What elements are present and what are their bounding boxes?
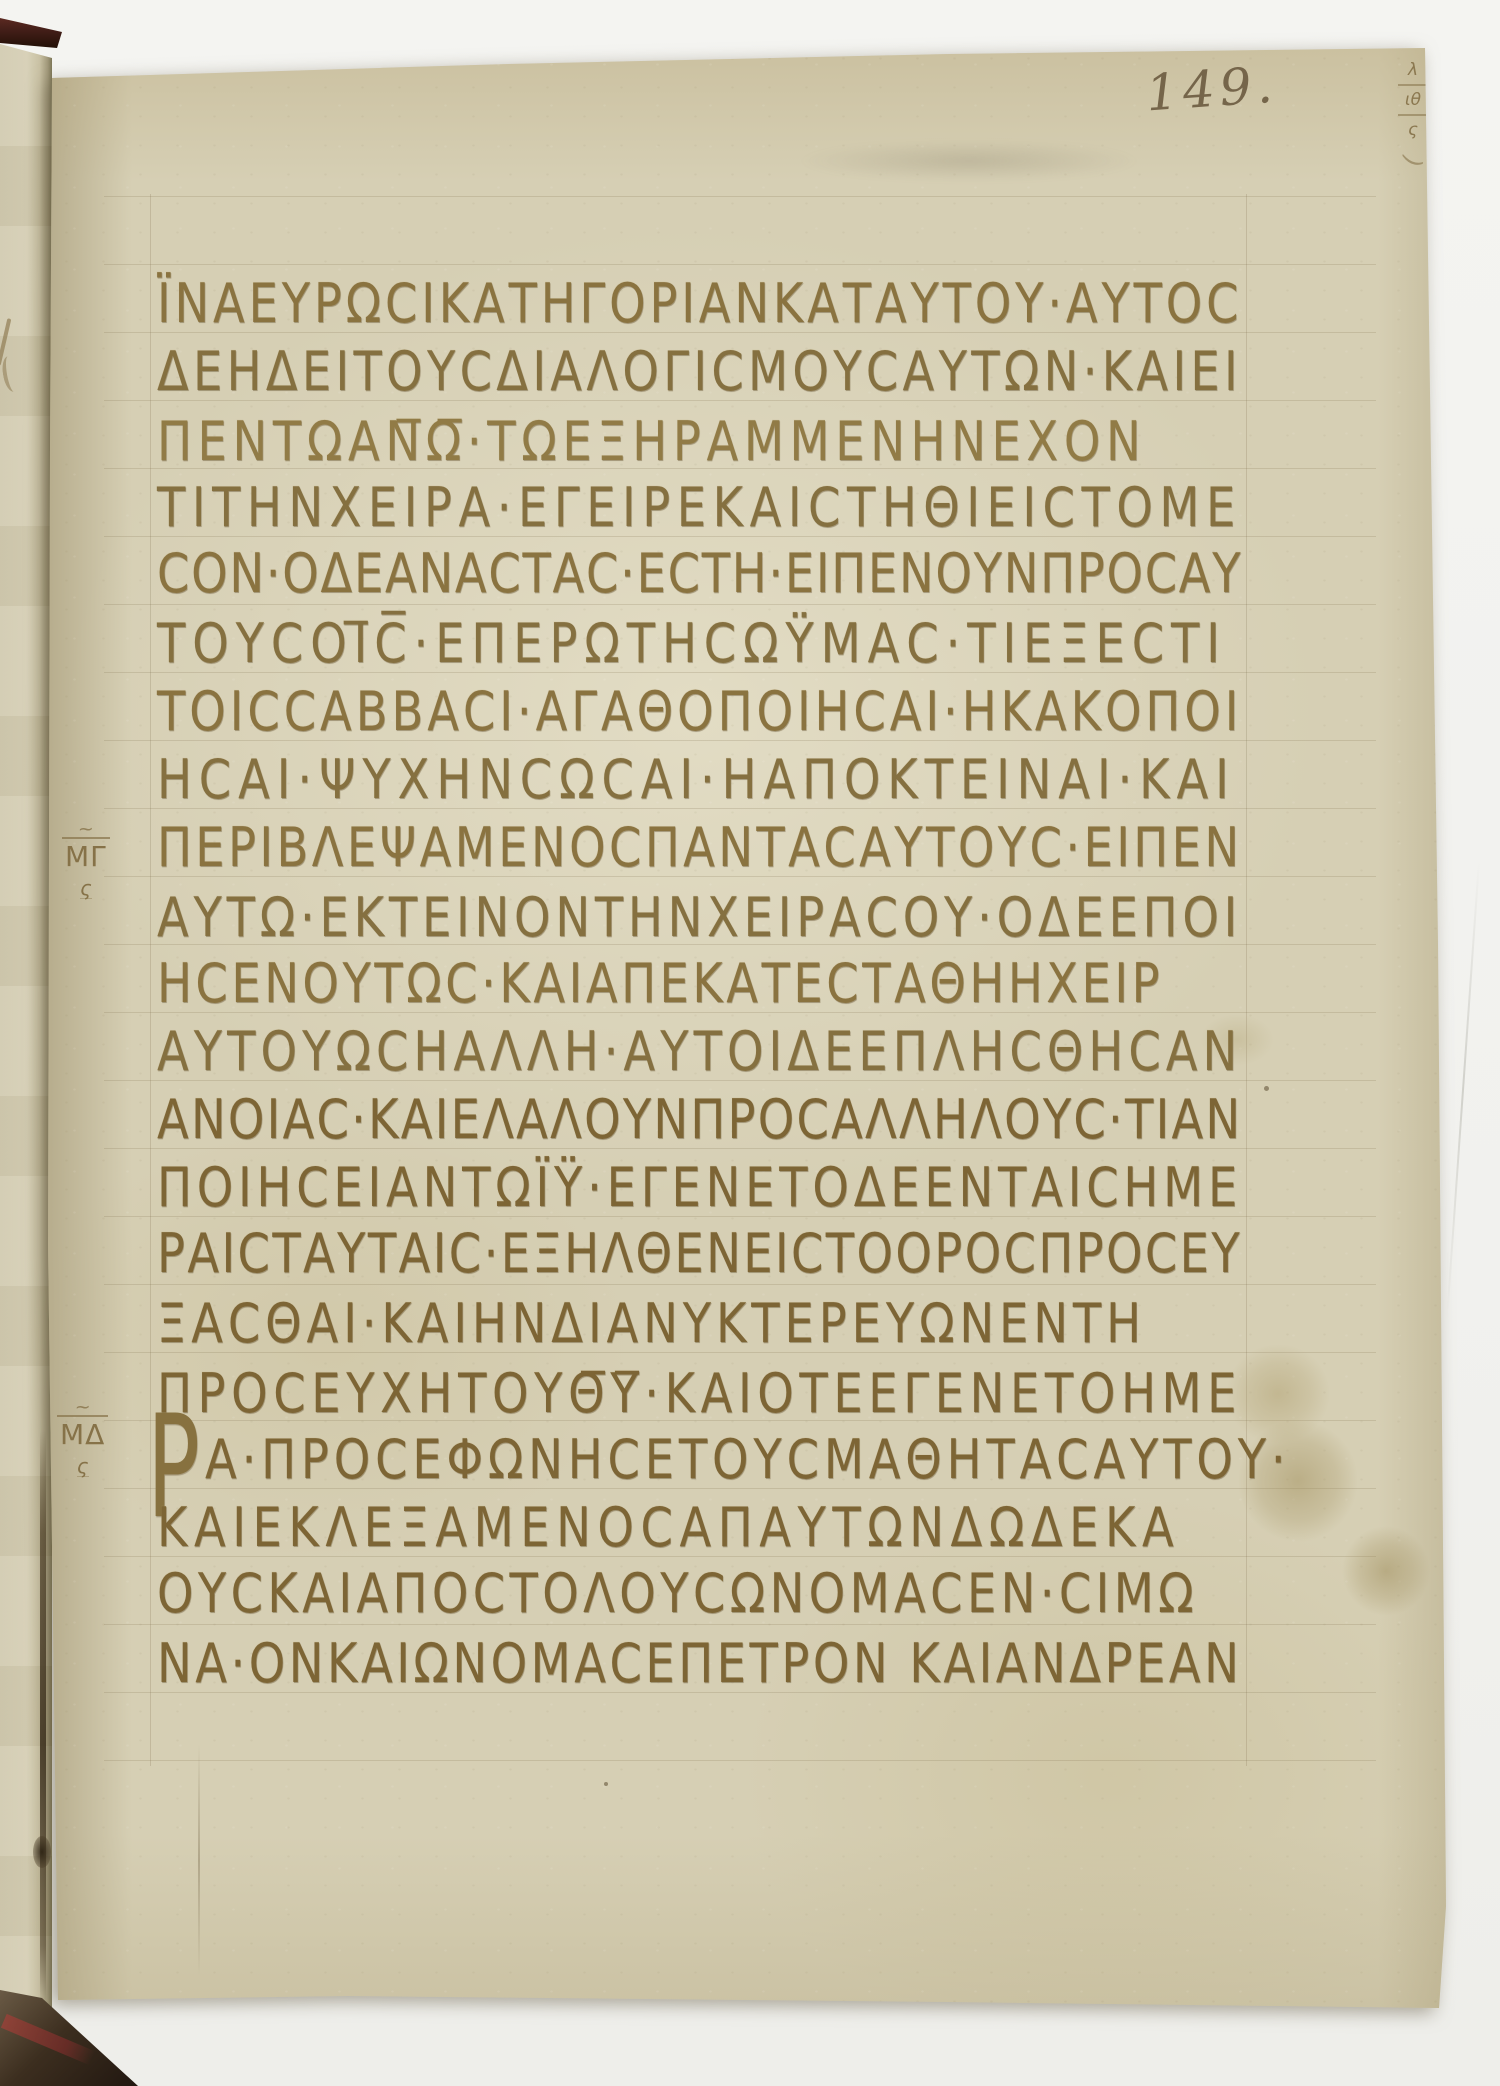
mark-divider — [1398, 84, 1428, 86]
corner-quire-marks: λιθς) — [1388, 60, 1438, 176]
line-text: ΗCΕΝΟΥΤΩC·ΚΑΙΑΠΕΚΑΤΕCΤΑΘΗΗΧΕΙΡ — [157, 950, 1163, 1018]
show-through-smudge — [746, 134, 1192, 188]
ink-speck — [604, 1782, 608, 1786]
manuscript-line: ΟΥCΚΑΙΑΠΟCΤΟΛΟΥCΩΝΟΜΑCΕΝ·CΙΜΩ — [157, 1560, 1353, 1628]
manuscript-line: ΑΥΤΟΥΩCΗΑΛΛΗ·ΑΥΤΟΙΔΕΕΠΛΗCΘΗCΑΝ — [157, 1018, 1353, 1086]
manuscript-line: ΑΝΟΙΑC·ΚΑΙΕΛΑΛΟΥΝΠΡΟCΑΛΛΗΛΟΥC·ΤΙΑΝ — [157, 1086, 1353, 1154]
line-text: ΡΑΙCΤΑΥΤΑΙC·ΕΞΗΛΘΕΝΕΙCΤΟΟΡΟCΠΡΟCΕΥ — [157, 1220, 1242, 1288]
manuscript-text: ΪΝΑΕΥΡΩCΙΚΑΤΗΓΟΡΙΑΝΚΑΤΑΥΤΟΥ·ΑΥΤΟCΔΕΗΔΕΙΤ… — [157, 270, 1353, 1698]
line-text: ΤΟΥCΟΙ̅C̅·ΕΠΕΡΩΤΗCΩΫΜΑC·ΤΙΕΞΕCΤΙ — [157, 610, 1227, 678]
manuscript-line: ΤΟΥCΟΙ̅C̅·ΕΠΕΡΩΤΗCΩΫΜΑC·ΤΙΕΞΕCΤΙ — [157, 610, 1353, 678]
manuscript-line: ΑΥΤΩ·ΕΚΤΕΙΝΟΝΤΗΝΧΕΙΡΑCΟΥ·ΟΔΕΕΠΟΙ — [157, 884, 1353, 952]
quire-mark: ) — [1398, 155, 1427, 169]
manuscript-line: CΟΝ·ΟΔΕΑΝΑCΤΑC·ΕCΤΗ·ΕΙΠΕΝΟΥΝΠΡΟCΑΥ — [157, 540, 1353, 608]
line-text: ΝΑ·ΟΝΚΑΙΩΝΟΜΑCΕΠΕΤΡΟΝ ΚΑΙΑΝΔΡΕΑΝ — [157, 1630, 1242, 1698]
manuscript-line: ΡΑΙCΤΑΥΤΑΙC·ΕΞΗΛΘΕΝΕΙCΤΟΟΡΟCΠΡΟCΕΥ — [157, 1220, 1353, 1288]
manuscript-line: ΗCΕΝΟΥΤΩC·ΚΑΙΑΠΕΚΑΤΕCΤΑΘΗΗΧΕΙΡ — [157, 950, 1353, 1018]
ammonian-section-number: ΜΓ — [62, 837, 110, 873]
manuscript-line: ΤΙΤΗΝΧΕΙΡΑ·ΕΓΕΙΡΕΚΑΙCΤΗΘΙΕΙCΤΟΜΕ — [157, 474, 1353, 542]
line-text: ΟΥCΚΑΙΑΠΟCΤΟΛΟΥCΩΝΟΜΑCΕΝ·CΙΜΩ — [157, 1560, 1198, 1628]
line-text: ΑΥΤΩ·ΕΚΤΕΙΝΟΝΤΗΝΧΕΙΡΑCΟΥ·ΟΔΕΕΠΟΙ — [157, 884, 1242, 952]
line-text: ΗCΑΙ·ΨΥΧΗΝCΩCΑΙ·ΗΑΠΟΚΤΕΙΝΑΙ·ΚΑΙ — [157, 746, 1236, 814]
line-text: ΤΙΤΗΝΧΕΙΡΑ·ΕΓΕΙΡΕΚΑΙCΤΗΘΙΕΙCΤΟΜΕ — [157, 474, 1242, 542]
manuscript-line: ΠΕΡΙΒΛΕΨΑΜΕΝΟCΠΑΝΤΑCΑΥΤΟΥC·ΕΙΠΕΝ — [157, 814, 1353, 882]
manuscript-line: ΠΕΝΤΩΑΝ̅Ω̅·ΤΩΕΞΗΡΑΜΜΕΝΗΝΕΧΟΝ — [157, 408, 1353, 476]
manuscript-line: ΞΑCΘΑΙ·ΚΑΙΗΝΔΙΑΝΥΚΤΕΡΕΥΩΝΕΝΤΗ — [157, 1290, 1353, 1358]
manuscript-line: ΤΟΙCCΑΒΒΑCΙ·ΑΓΑΘΟΠΟΙΗCΑΙ·ΗΚΑΚΟΠΟΙ — [157, 678, 1353, 746]
line-text: ΑΝΟΙΑC·ΚΑΙΕΛΑΛΟΥΝΠΡΟCΑΛΛΗΛΟΥC·ΤΙΑΝ — [157, 1086, 1242, 1154]
manuscript-line: ΪΝΑΕΥΡΩCΙΚΑΤΗΓΟΡΙΑΝΚΑΤΑΥΤΟΥ·ΑΥΤΟC — [157, 270, 1353, 338]
ammonian-section-number: ΜΔ — [57, 1415, 108, 1451]
line-text: ΠΕΝΤΩΑΝ̅Ω̅·ΤΩΕΞΗΡΑΜΜΕΝΗΝΕΧΟΝ — [157, 408, 1146, 476]
quire-mark: λ — [1408, 60, 1418, 80]
eusebian-canon-number: ς — [77, 1456, 89, 1477]
manuscript-line: ΡΑ·ΠΡΟCΕΦΩΝΗCΕΤΟΥCΜΑΘΗΤΑCΑΥΤΟΥ· — [157, 1426, 1353, 1494]
manuscript-leaf: 149. λιθς) ~ ΜΓ ς ~ ΜΔ ς ΪΝΑΕΥΡΩCΙΚΑΤΗΓΟ… — [48, 44, 1448, 2012]
fold-crease — [198, 1744, 200, 1976]
line-text: CΟΝ·ΟΔΕΑΝΑCΤΑC·ΕCΤΗ·ΕΙΠΕΝΟΥΝΠΡΟCΑΥ — [157, 540, 1242, 608]
gutter-crack — [40, 1430, 46, 2002]
line-text: ΞΑCΘΑΙ·ΚΑΙΗΝΔΙΑΝΥΚΤΕΡΕΥΩΝΕΝΤΗ — [157, 1290, 1146, 1358]
manuscript-line: ΠΟΙΗCΕΙΑΝΤΩΪΫ·ΕΓΕΝΕΤΟΔΕΕΝΤΑΙCΗΜΕ — [157, 1154, 1353, 1222]
ink-curve-mark — [0, 355, 22, 393]
margin-note-section-44: ~ ΜΔ ς — [57, 1400, 108, 1477]
line-text: ΔΕΗΔΕΙΤΟΥCΔΙΑΛΟΓΙCΜΟΥCΑΥΤΩΝ·ΚΑΙΕΙ — [157, 338, 1242, 406]
manuscript-line: ΗCΑΙ·ΨΥΧΗΝCΩCΑΙ·ΗΑΠΟΚΤΕΙΝΑΙ·ΚΑΙ — [157, 746, 1353, 814]
gutter-knot — [33, 1836, 51, 1868]
line-text: ΠΕΡΙΒΛΕΨΑΜΕΝΟCΠΑΝΤΑCΑΥΤΟΥC·ΕΙΠΕΝ — [157, 814, 1242, 882]
line-text: ΠΟΙΗCΕΙΑΝΤΩΪΫ·ΕΓΕΝΕΤΟΔΕΕΝΤΑΙCΗΜΕ — [157, 1154, 1242, 1222]
manuscript-line: ΚΑΙΕΚΛΕΞΑΜΕΝΟCΑΠΑΥΤΩΝΔΩΔΕΚΑ — [157, 1494, 1353, 1562]
line-text: ΠΡΟCΕΥΧΗΤΟΥΘ̅Υ̅·ΚΑΙΟΤΕΕΓΕΝΕΤΟΗΜΕ — [157, 1360, 1242, 1428]
section-mark: ~ — [75, 1400, 91, 1415]
line-text: ΚΑΙΕΚΛΕΞΑΜΕΝΟCΑΠΑΥΤΩΝΔΩΔΕΚΑ — [157, 1494, 1180, 1562]
manuscript-line: ΠΡΟCΕΥΧΗΤΟΥΘ̅Υ̅·ΚΑΙΟΤΕΕΓΕΝΕΤΟΗΜΕ — [157, 1360, 1353, 1428]
margin-note-section-43: ~ ΜΓ ς — [62, 822, 110, 899]
quire-mark: ιθ — [1405, 90, 1421, 110]
line-text: Α·ΠΡΟCΕΦΩΝΗCΕΤΟΥCΜΑΘΗΤΑCΑΥΤΟΥ· — [205, 1426, 1291, 1494]
manuscript-line: ΝΑ·ΟΝΚΑΙΩΝΟΜΑCΕΠΕΤΡΟΝ ΚΑΙΑΝΔΡΕΑΝ — [157, 1630, 1353, 1698]
eusebian-canon-number: ς — [80, 878, 92, 899]
line-text: ΑΥΤΟΥΩCΗΑΛΛΗ·ΑΥΤΟΙΔΕΕΠΛΗCΘΗCΑΝ — [157, 1018, 1242, 1086]
quire-mark: ς — [1408, 120, 1418, 140]
folio-number: 149. — [1144, 55, 1279, 122]
section-mark: ~ — [78, 822, 94, 837]
manuscript-line: ΔΕΗΔΕΙΤΟΥCΔΙΑΛΟΓΙCΜΟΥCΑΥΤΩΝ·ΚΑΙΕΙ — [157, 338, 1353, 406]
line-text: ΪΝΑΕΥΡΩCΙΚΑΤΗΓΟΡΙΑΝΚΑΤΑΥΤΟΥ·ΑΥΤΟC — [157, 270, 1242, 338]
parchment-page: 149. λιθς) ~ ΜΓ ς ~ ΜΔ ς ΪΝΑΕΥΡΩCΙΚΑΤΗΓΟ… — [48, 44, 1448, 2012]
stain — [1342, 1526, 1430, 1616]
mark-divider — [1398, 114, 1428, 116]
line-text: ΤΟΙCCΑΒΒΑCΙ·ΑΓΑΘΟΠΟΙΗCΑΙ·ΗΚΑΚΟΠΟΙ — [157, 678, 1242, 746]
